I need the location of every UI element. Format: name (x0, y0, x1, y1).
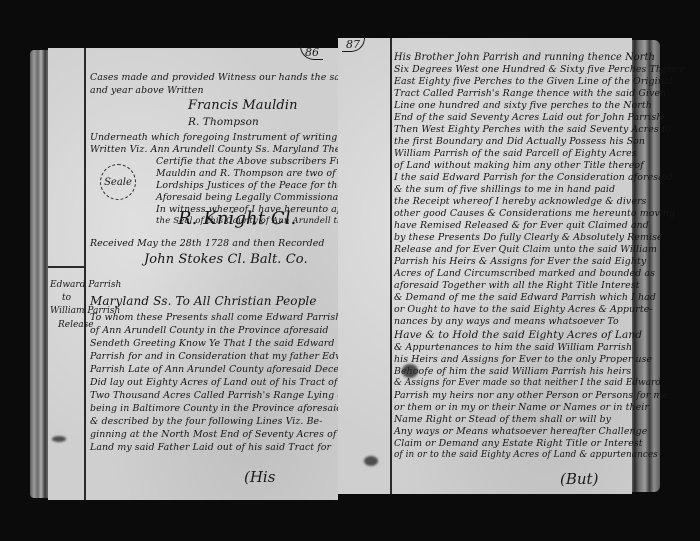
seal-mark: Seale (100, 164, 136, 200)
text-line: & the sum of five shillings to me in han… (394, 184, 615, 195)
text-line: Mauldin and R. Thompson are two of his (156, 168, 353, 179)
text-line: Name Right or Stead of them shall or wil… (394, 414, 611, 425)
text-line: & Assigns for Ever made so that neither … (394, 378, 661, 388)
text-line: Parrish my heirs nor any other Person or… (394, 390, 668, 401)
clerk-signature: R. Knight Cl. (178, 208, 296, 229)
text-line: or them or in my or their Name or Names … (394, 402, 649, 413)
text-line: Release and for Ever Quit Claim unto the… (394, 244, 657, 255)
text-line: of Ann Arundell County in the Province a… (90, 325, 329, 336)
text-line: have Remised Released & for Ever quit Cl… (394, 220, 649, 231)
text-line: East Eighty five Perches to the Given Li… (394, 76, 673, 87)
text-line: Parrish his Heirs & Assigns for Ever the… (394, 256, 646, 267)
text-line: of in or to the said Eighty Acres of Lan… (394, 450, 658, 460)
text-line: by these Presents Do fully Clearly & Abs… (394, 232, 663, 243)
text-line: aforesaid Together with all the Right Ti… (394, 280, 640, 291)
text-line: End of the said Seventy Acres Laid out f… (394, 112, 662, 123)
left-page: 86 Cases made and provided Witness our h… (48, 48, 338, 500)
margin-note-line: Edward Parrish (50, 280, 121, 290)
text-line: Any ways or Means whatsoever hereafter C… (394, 426, 647, 437)
text-line: or Ought to have to the said Eighty Acre… (394, 304, 653, 315)
text-line: & Demand of me the said Edward Parrish w… (394, 292, 656, 303)
text-line: Line one hundred and sixty five perches … (394, 100, 652, 111)
folio-number: 87 (342, 38, 365, 52)
text-line: Tract Called Parrish's Range thence with… (394, 88, 666, 99)
margin-rule (390, 38, 392, 494)
folio-number: 86 (300, 46, 323, 60)
text-line: other good Causes & Considerations me he… (394, 208, 675, 219)
text-line: Acres of Land Circumscribed marked and b… (394, 268, 655, 279)
ink-smudge (52, 436, 66, 442)
text-line: Parrish for and in Consideration that my… (90, 351, 360, 362)
left-page-edges (30, 50, 50, 498)
signature: R. Thompson (188, 116, 259, 128)
text-line: Did lay out Eighty Acres of Land out of … (90, 377, 337, 388)
text-line: To whom these Presents shall come Edward… (90, 312, 341, 323)
text-line: Then West Eighty Perches with the said S… (394, 124, 671, 135)
deed-heading: Maryland Ss. To All Christian People (90, 294, 317, 308)
text-line: & described by the four following Lines … (90, 416, 322, 427)
text-line: nances by any ways and means whatsoever … (394, 316, 619, 327)
catchword: (His (244, 468, 275, 486)
text-line: Parrish Late of Ann Arundel County afore… (90, 364, 361, 375)
ink-blot (402, 364, 418, 378)
right-page: 87 His Brother John Parrish and running … (338, 38, 632, 494)
ink-blot (364, 456, 378, 466)
text-line: Claim or Demand any Estate Right Title o… (394, 438, 643, 449)
text-line: the Receipt whereof I hereby acknowledge… (394, 196, 646, 207)
text-line: Behoofe of him the said William Parrish … (394, 366, 631, 377)
text-line: Two Thousand Acres Called Parrish's Rang… (90, 390, 346, 401)
recorder-signature: John Stokes Cl. Balt. Co. (144, 252, 308, 267)
text-line: of Land without making him any other Tit… (394, 160, 644, 171)
catchword: (But) (560, 470, 598, 488)
margin-note-line: Release (58, 320, 94, 330)
text-line: being in Baltimore County in the Provinc… (90, 403, 342, 414)
margin-note-line: to (62, 293, 71, 303)
habendum-line: Have & to Hold the said Eighty Acres of … (394, 329, 642, 341)
text-line: William Parrish of the said Parcell of E… (394, 148, 637, 159)
text-line: ginning at the North Most End of Seventy… (90, 429, 336, 440)
seal-label: Seale (104, 177, 132, 188)
text-line: His Brother John Parrish and running the… (394, 52, 655, 63)
text-line: I the said Edward Parrish for the Consid… (394, 172, 673, 183)
ledger-spread: 86 Cases made and provided Witness our h… (0, 0, 700, 541)
recorded-note: Received May the 28th 1728 and then Reco… (90, 238, 325, 249)
margin-divider (48, 266, 86, 268)
text-line: Land my said Father Laid out of his said… (90, 442, 331, 453)
text-line: Certifie that the Above subscribers Fran… (156, 156, 366, 167)
margin-rule (84, 48, 86, 500)
text-line: and year above Written (90, 85, 204, 96)
text-line: Six Degrees West one Hundred & Sixty fiv… (394, 64, 685, 75)
signature: Francis Mauldin (188, 98, 298, 113)
text-line: & Appurtenances to him the said William … (394, 342, 632, 353)
text-line: his Heirs and Assigns for Ever to the on… (394, 354, 652, 365)
text-line: Sendeth Greeting Know Ye That I the said… (90, 338, 334, 349)
text-line: the first Boundary and Did Actually Poss… (394, 136, 645, 147)
